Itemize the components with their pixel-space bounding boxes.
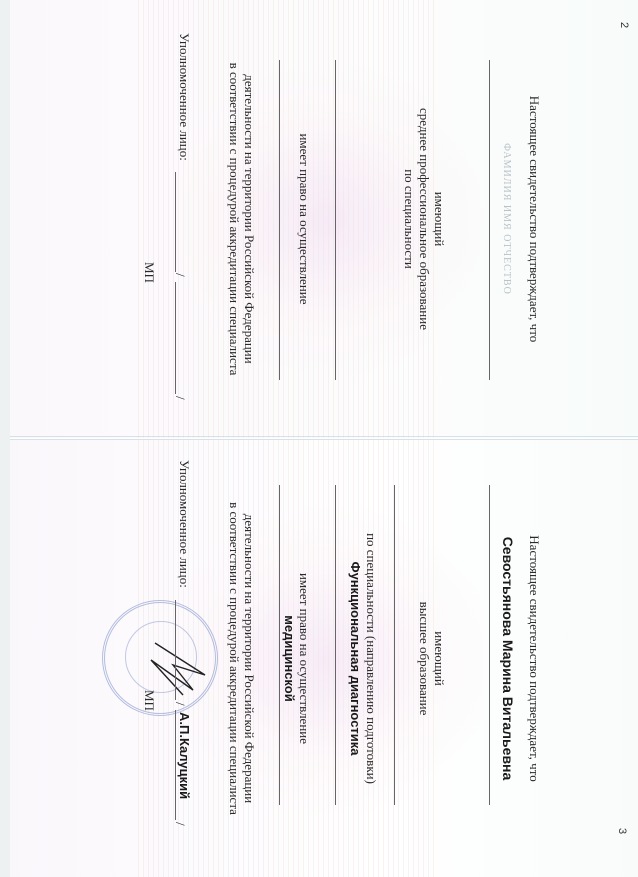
holder-name: Севостьянова Марина Витальевна — [500, 440, 516, 877]
signatory-line — [175, 710, 176, 820]
page-2: 2 Настоящее свидетельство подтверждает, … — [0, 0, 638, 438]
slash: / — [172, 822, 188, 826]
specialty-line — [335, 485, 336, 805]
name-line — [489, 60, 490, 380]
right-text: имеет право на осуществление — [296, 0, 312, 438]
activity-text-2: в соответствии с процедурой аккредитации… — [226, 440, 242, 877]
guilloche-rosette — [158, 60, 498, 380]
education-label: имеющий — [431, 0, 447, 438]
page-3: 3 Настоящее свидетельство подтверждает, … — [0, 440, 638, 877]
education-label: имеющий — [431, 440, 447, 877]
authorized-person-label: Уполномоченное лицо: — [176, 33, 192, 161]
slash: / — [172, 273, 188, 277]
signatory-name: А.П.Калуцкий — [177, 712, 192, 799]
intro-text: Настоящее свидетельство подтверждает, чт… — [526, 440, 542, 877]
education-line — [394, 485, 395, 805]
scan-edge — [0, 0, 10, 877]
specialty-line — [335, 60, 336, 380]
seal-label: МП — [141, 262, 157, 283]
activity-line — [279, 485, 280, 805]
signatory-line — [175, 282, 176, 394]
activity-text-1: деятельности на территории Российской Фе… — [241, 0, 257, 438]
education-level: среднее профессиональное образование — [416, 0, 432, 438]
page-number: 3 — [616, 828, 628, 834]
specialty-value: Функциональная диагностика — [348, 440, 363, 877]
seal-label: МП — [141, 690, 157, 711]
specialty-label: по специальности — [401, 0, 417, 438]
certificate-spread: 2 Настоящее свидетельство подтверждает, … — [0, 0, 638, 877]
name-placeholder: ФАМИЛИЯ ИМЯ ОТЧЕСТВО — [501, 0, 512, 438]
intro-text: Настоящее свидетельство подтверждает, чт… — [526, 0, 542, 438]
activity-type: медицинской — [282, 440, 297, 877]
slash: / — [172, 702, 188, 706]
education-level: высшее образование — [416, 440, 432, 877]
authorized-person-label: Уполномоченное лицо: — [176, 460, 192, 588]
right-text: имеет право на осуществление — [296, 440, 312, 877]
name-line — [489, 485, 490, 805]
signature-line — [175, 600, 176, 700]
slash: / — [172, 396, 188, 400]
activity-line — [279, 60, 280, 380]
activity-text-1: деятельности на территории Российской Фе… — [241, 440, 257, 877]
activity-text-2: в соответствии с процедурой аккредитации… — [226, 0, 242, 438]
signature-line — [175, 172, 176, 272]
page-number: 2 — [618, 22, 630, 28]
specialty-label: по специальности (направлению подготовки… — [363, 440, 379, 877]
